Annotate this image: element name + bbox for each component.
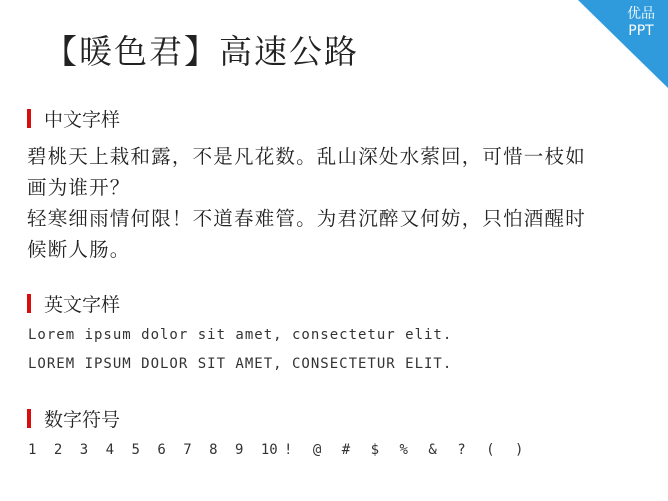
symbols-sample: ! @ # $ % & ? ( ) xyxy=(284,442,535,458)
chinese-line: 画为谁开？ xyxy=(27,172,637,203)
section-marker-bar xyxy=(27,109,31,128)
digit: 9 xyxy=(235,442,243,458)
symbol: # xyxy=(342,442,350,458)
digit: 8 xyxy=(209,442,217,458)
chinese-line: 碧桃天上栽和露，不是凡花数。乱山深处水萦回，可惜一枝如 xyxy=(27,141,637,172)
symbol: ( xyxy=(486,442,494,458)
symbol: ) xyxy=(515,442,523,458)
digit: 6 xyxy=(157,442,165,458)
section-marker-bar xyxy=(27,409,31,428)
corner-badge-text: 优品 PPT xyxy=(621,6,661,40)
section-header-numbers: 数字符号 xyxy=(27,406,120,430)
digit: 3 xyxy=(80,442,88,458)
section-header-chinese: 中文字样 xyxy=(27,106,120,130)
digit: 2 xyxy=(54,442,62,458)
symbol: ? xyxy=(457,442,465,458)
symbol: ! xyxy=(284,442,292,458)
section-label-english: 英文字样 xyxy=(44,290,120,317)
section-marker-bar xyxy=(27,294,31,313)
section-header-english: 英文字样 xyxy=(27,291,120,315)
digit: 7 xyxy=(183,442,191,458)
section-label-chinese: 中文字样 xyxy=(44,105,120,132)
digit: 10 xyxy=(261,442,278,458)
page-title: 【暖色君】高速公路 xyxy=(44,30,359,74)
chinese-line: 候断人肠。 xyxy=(27,234,637,265)
digits-sample: 1 2 3 4 5 6 7 8 9 10 xyxy=(28,442,287,458)
section-label-numbers: 数字符号 xyxy=(44,405,120,432)
digit: 5 xyxy=(132,442,140,458)
symbol: @ xyxy=(313,442,321,458)
english-uppercase-sample: LOREM IPSUM DOLOR SIT AMET, CONSECTETUR … xyxy=(28,356,452,372)
digit: 1 xyxy=(28,442,36,458)
symbol: $ xyxy=(371,442,379,458)
english-lowercase-sample: Lorem ipsum dolor sit amet, consectetur … xyxy=(28,327,452,343)
digit: 4 xyxy=(106,442,114,458)
badge-line-2: PPT xyxy=(621,23,661,40)
chinese-line: 轻寒细雨情何限！不道春难管。为君沉醉又何妨，只怕酒醒时 xyxy=(27,203,637,234)
symbol: % xyxy=(400,442,408,458)
badge-line-1: 优品 xyxy=(621,6,661,23)
symbol: & xyxy=(428,442,436,458)
chinese-sample-text: 碧桃天上栽和露，不是凡花数。乱山深处水萦回，可惜一枝如 画为谁开？ 轻寒细雨情何… xyxy=(27,141,637,265)
